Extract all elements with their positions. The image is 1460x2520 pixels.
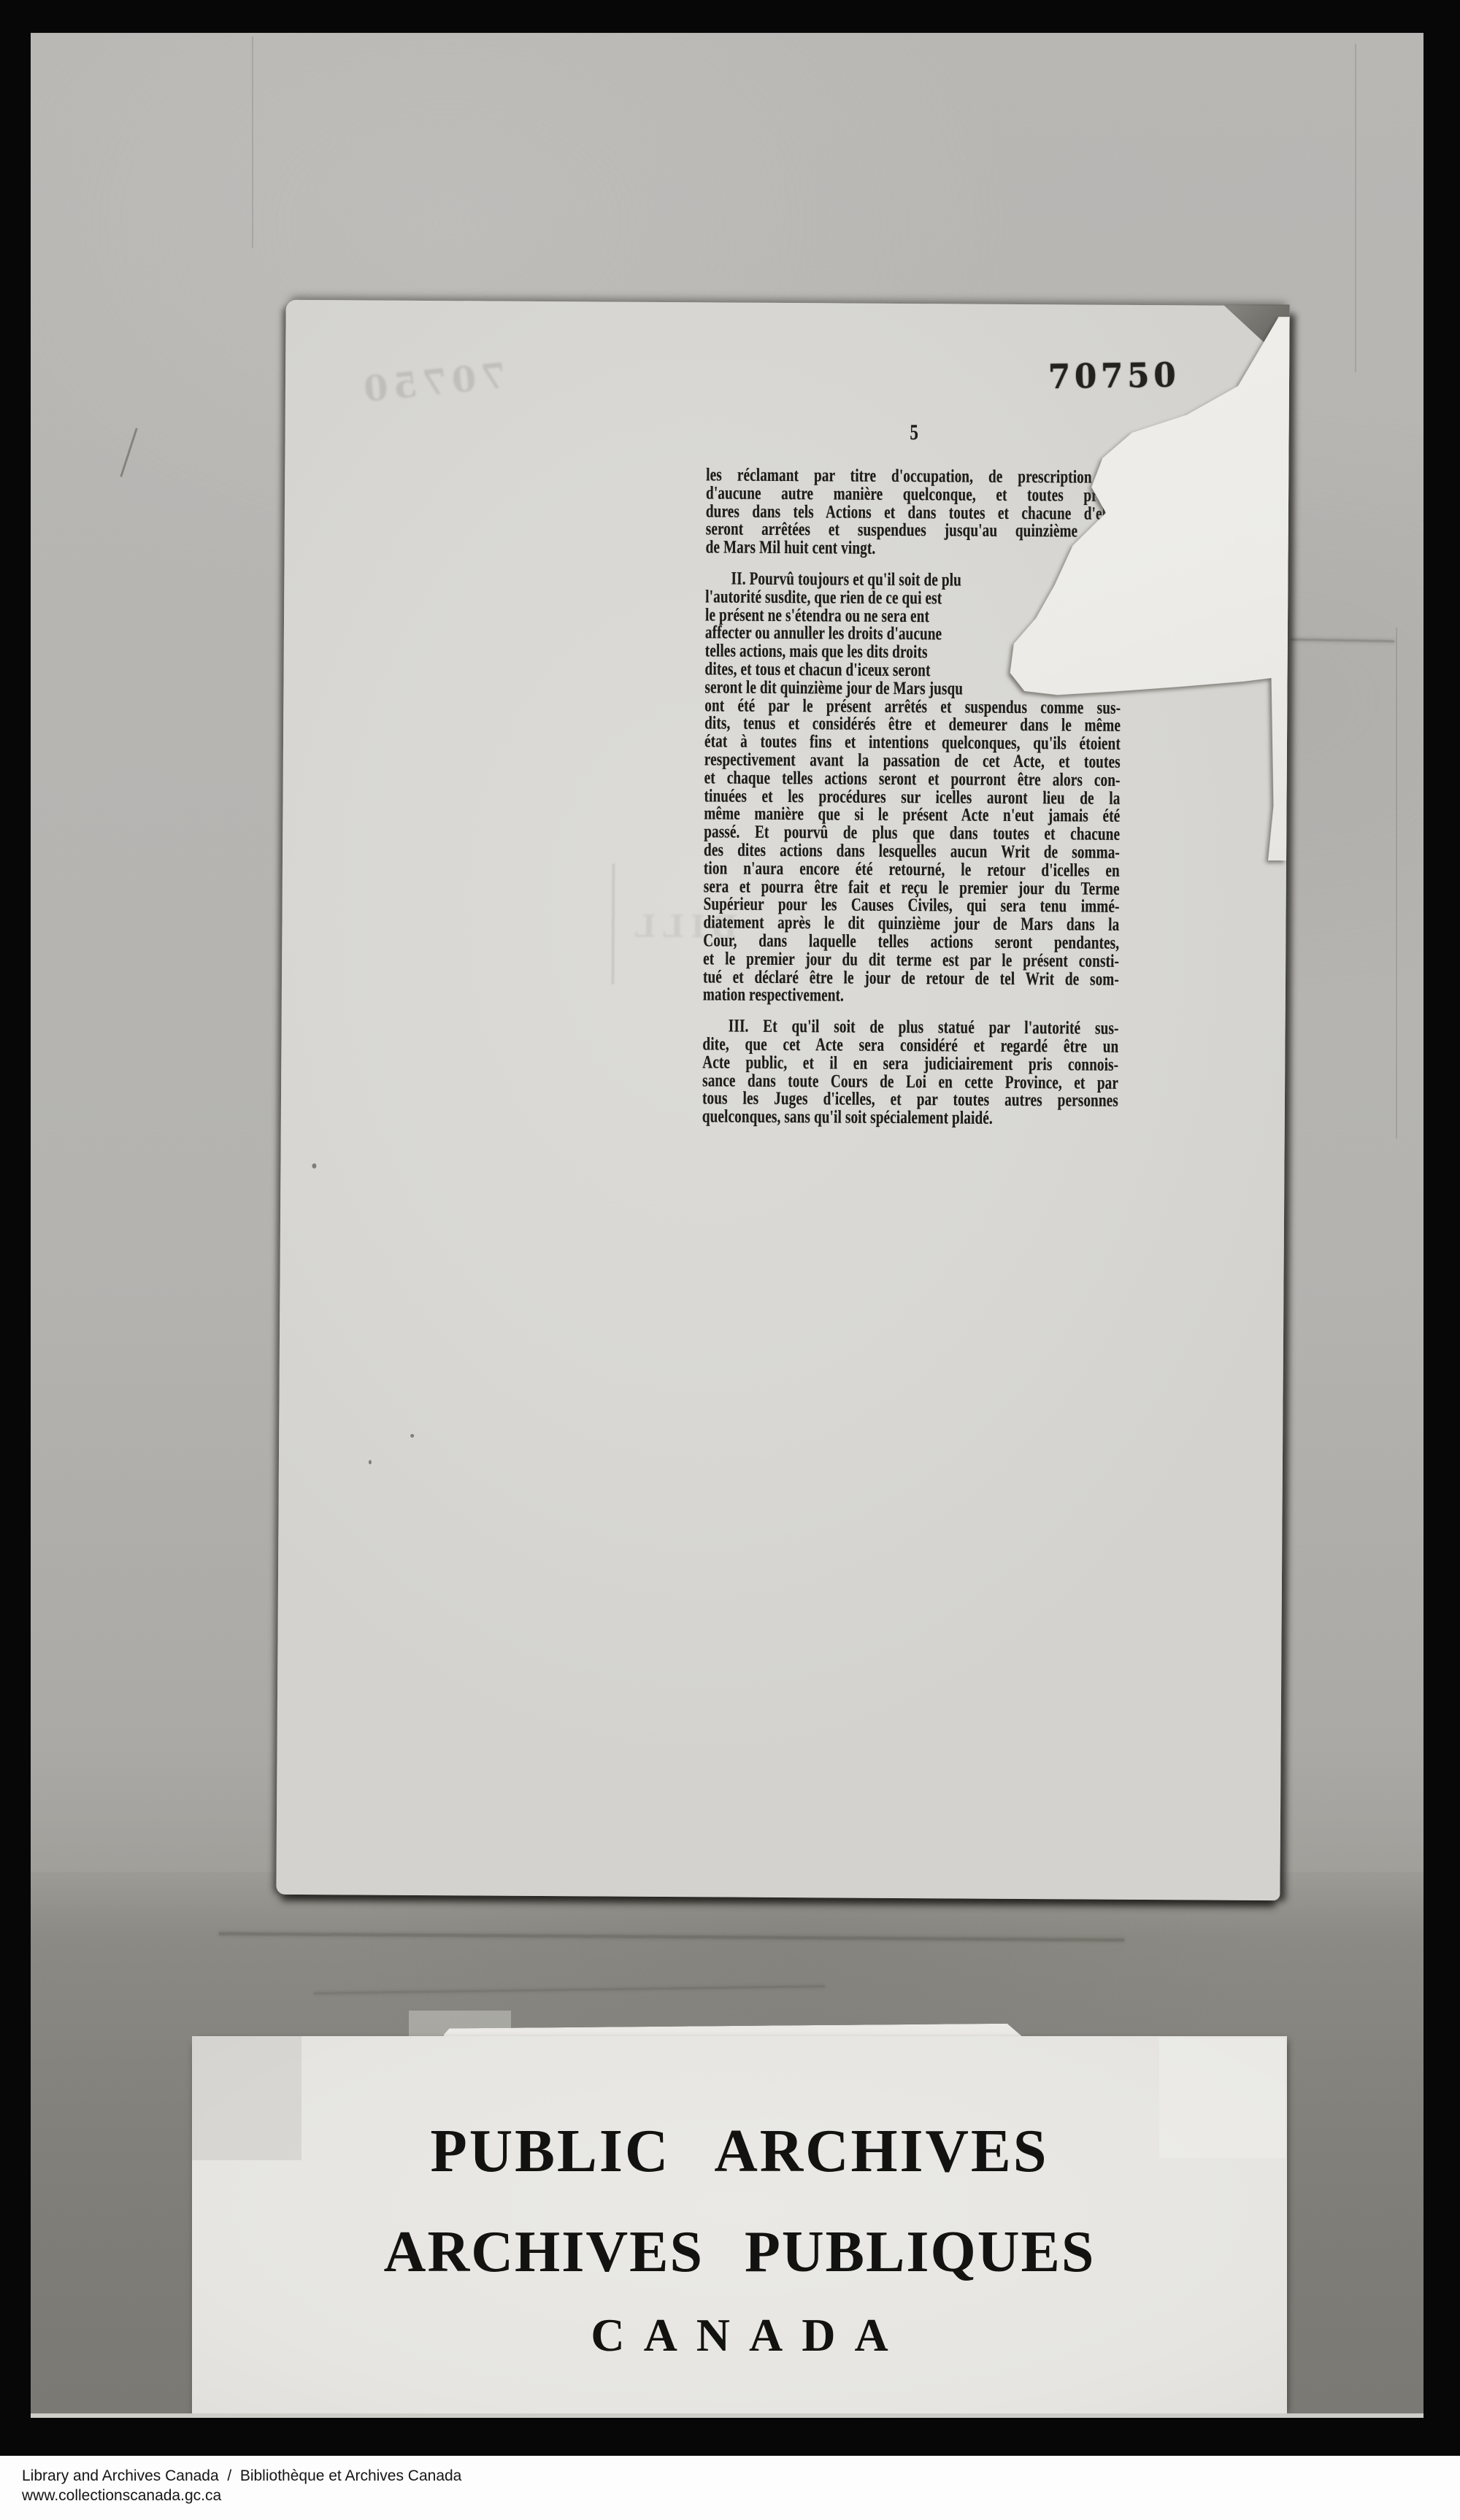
footer-institution: Library and Archives Canada / Bibliothèq… bbox=[22, 2467, 461, 2485]
text-line: quelconques, sans qu'il soit spécialemen… bbox=[702, 1108, 1118, 1128]
paper-speck bbox=[369, 1460, 372, 1465]
backing-streak bbox=[252, 36, 253, 248]
card-title-french: ARCHIVES PUBLIQUES bbox=[192, 2223, 1287, 2281]
card-title-canada: CANADA bbox=[192, 2312, 1287, 2359]
footer-url: www.collectionscanada.gc.ca bbox=[22, 2487, 221, 2505]
stamp-number-mirrored: 70750 bbox=[357, 355, 508, 411]
paper-speck bbox=[312, 1163, 316, 1168]
archives-card: PUBLIC ARCHIVES ARCHIVES PUBLIQUES CANAD… bbox=[192, 2036, 1287, 2414]
backing-scratch bbox=[120, 428, 137, 477]
paper-speck bbox=[410, 1434, 414, 1438]
card-title-english: PUBLIC ARCHIVES bbox=[203, 2121, 1276, 2182]
backing-streak bbox=[1355, 44, 1356, 372]
footer-bar: Library and Archives Canada / Bibliothèq… bbox=[0, 2456, 1460, 2520]
document-page: 70750 70750 BILL 5 les réclamant par tit… bbox=[276, 300, 1289, 1900]
text-line: mation respectivement. bbox=[703, 987, 1119, 1007]
backing-crease bbox=[1291, 639, 1394, 642]
backing-streak bbox=[1396, 628, 1397, 1138]
bleedthrough-line bbox=[612, 864, 615, 985]
photo-backing: 70750 70750 BILL 5 les réclamant par tit… bbox=[31, 33, 1423, 2418]
torn-area bbox=[1005, 304, 1290, 868]
torn-reveal bbox=[1005, 304, 1290, 868]
